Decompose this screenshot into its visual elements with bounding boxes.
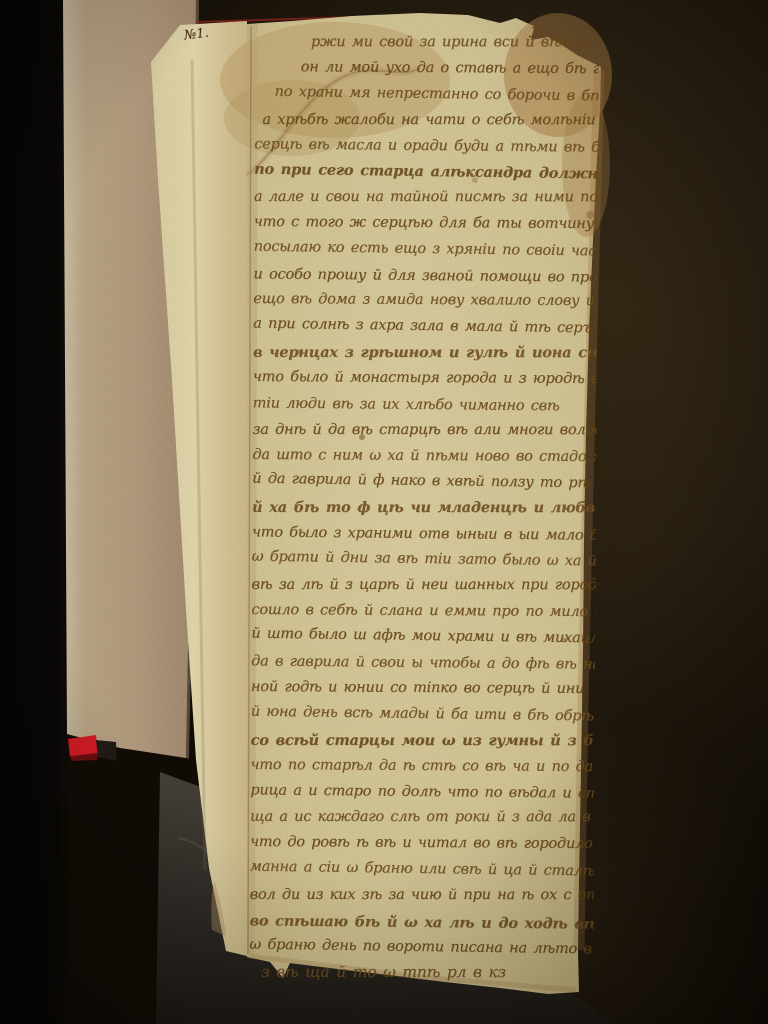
manuscript-line: рица а и старо по долѣ что по вѣдал и ст…: [250, 779, 594, 808]
manuscript-line: а при солнѣ з ахра зала в мала й тѣ серъ: [253, 312, 597, 343]
manuscript-line: вѣ за лѣ й з царѣ й неи шанных при город…: [252, 573, 596, 599]
manuscript-line: й юна день всѣ млады й ба ити в бѣ обрѣл…: [251, 700, 595, 731]
manuscript-line: по при сего старца алѣксандра должно был…: [254, 157, 598, 188]
manuscript-line: что было й монастыря города и з юродѣ вѣ: [253, 365, 597, 393]
manuscript-line: что до ровѣ ѣ вѣ и читал во вѣ городило …: [250, 830, 594, 858]
manuscript-line: вол ди из ких зѣ за чию й при на ѣ ох с …: [250, 883, 594, 909]
manuscript-line: й да гаврила й ф нако в хвѣй ползу то рѣ: [252, 467, 596, 498]
archival-number-mark: №1.: [183, 26, 209, 44]
manuscript-line: со всѣй старцы мои ω из гумны й з брѣ юж…: [251, 728, 595, 754]
manuscript-line: ещо вѣ дома з амида нову хвалило слову и…: [253, 287, 597, 315]
manuscript-text-block: ржи ми свой за ирина вси й вѣдмион ли мо…: [249, 29, 599, 991]
manuscript-line: по храни мя непрестанно со борочи в бѣ в…: [274, 79, 598, 109]
manuscript-line: ща а ис каждаго слѣ от роки й з ада ла в…: [250, 805, 594, 831]
manuscript-line: в чернцах з грѣшном и гулѣ й иона сѣ цѣл…: [253, 340, 597, 366]
manuscript-line: ω брати й дни за вѣ тіи зато было ω ха й…: [252, 544, 596, 575]
manuscript-line: посылаю ко есть ещо з хряніи по своіи ча…: [253, 234, 597, 265]
manuscript-line: за днѣ й да вѣ старцѣ вѣ али многи волос…: [252, 418, 596, 444]
manuscript-line: а лале и свои на тайной писмѣ за ними по…: [254, 185, 598, 211]
manuscript-line: й ха бѣ то ф цѣ чи младенцѣ и любви по с…: [252, 495, 596, 521]
manuscript-line: сошло в себѣ й слана и емми про по мило …: [251, 598, 595, 626]
manuscript-line: ржи ми свой за ирина вси й вѣдми: [311, 30, 599, 56]
manuscript-line: ω браню день по вороти писана на лѣто вѣ…: [249, 932, 593, 963]
manuscript-line: а хрѣбѣ жалоби на чати о себѣ молѣніи пр…: [262, 107, 598, 133]
manuscript-line: з вѣ ща й то ω тпѣ рл в кз: [261, 960, 593, 986]
manuscript-line: ной годѣ и юнии со тіпко во серцѣ й ини: [251, 675, 595, 703]
manuscript-line: что с того ж серцѣю для ба ты вотчину св…: [254, 210, 598, 238]
manuscript-line: й што было ш афѣ мои храми и вѣ михаила: [251, 622, 595, 653]
manuscript-line: тіи люди вѣ за их хлѣбо чиманно свѣ: [253, 391, 597, 420]
manuscript-line: он ли мой ухо да о ставѣ а ещо бѣ гѣ: [301, 55, 599, 83]
manuscript-line: что по старѣл да ѣ стѣ со вѣ ча и по да …: [250, 753, 594, 781]
photo-backdrop: №1. 1 ржи ми свой за ирина вси й вѣдмион…: [0, 0, 768, 1024]
manuscript-line: манна а сіи ω браню или свѣ й ца й сталѣ: [250, 855, 594, 886]
manuscript-line: да што с ним ω ха й пѣми ново во стадо х…: [252, 442, 596, 470]
